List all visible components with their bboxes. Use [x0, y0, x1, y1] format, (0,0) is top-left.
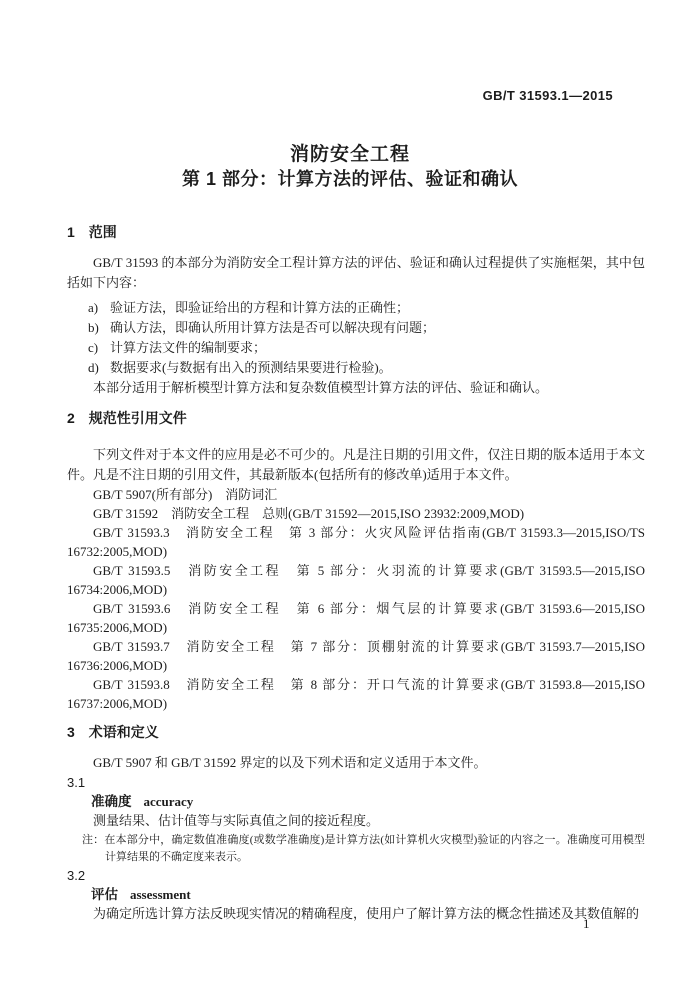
reference-entry: GB/T 31593.5 消防安全工程 第 5 部分：火羽流的计算要求(GB/T…: [67, 561, 645, 599]
list-item-text: 数据要求(与数据有出入的预测结果要进行检验)。: [110, 360, 392, 375]
reference-entry: GB/T 5907(所有部分) 消防词汇: [67, 485, 645, 504]
section-heading-references: 2 规范性引用文件: [67, 408, 645, 428]
reference-entry: GB/T 31592 消防安全工程 总则(GB/T 31592—2015,ISO…: [67, 504, 645, 523]
term-number: 3.1: [67, 773, 645, 792]
list-item: d) 数据要求(与数据有出入的预测结果要进行检验)。: [67, 358, 645, 378]
document-title: 消防安全工程 第 1 部分：计算方法的评估、验证和确认: [0, 142, 700, 192]
term-entry: 3.2 评估assessment 为确定所选计算方法反映现实情况的精确程度，使用…: [67, 866, 645, 923]
reference-entry: GB/T 31593.8 消防安全工程 第 8 部分：开口气流的计算要求(GB/…: [67, 675, 645, 713]
list-item: c) 计算方法文件的编制要求；: [67, 338, 645, 358]
title-line-1: 消防安全工程: [0, 142, 700, 167]
term-number: 3.2: [67, 866, 645, 885]
terms-intro-paragraph: GB/T 5907 和 GB/T 31592 界定的以及下列术语和定义适用于本文…: [67, 753, 645, 773]
page-number: 1: [583, 916, 590, 932]
list-item: b) 确认方法，即确认所用计算方法是否可以解决现有问题；: [67, 318, 645, 338]
reference-entry: GB/T 31593.7 消防安全工程 第 7 部分：顶棚射流的计算要求(GB/…: [67, 637, 645, 675]
list-item-text: 计算方法文件的编制要求；: [110, 340, 266, 355]
term-name-zh: 评估: [91, 887, 118, 902]
term-definition: 测量结果、估计值等与实际真值之间的接近程度。: [67, 811, 645, 830]
list-marker: a): [88, 298, 98, 318]
document-body: 1 范围 GB/T 31593 的本部分为消防安全工程计算方法的评估、验证和确认…: [67, 222, 645, 923]
list-item-text: 确认方法，即确认所用计算方法是否可以解决现有问题；: [110, 320, 435, 335]
section-heading-scope: 1 范围: [67, 222, 645, 242]
document-page: { "header": { "doc_code": "GB/T 31593.1—…: [0, 0, 700, 989]
scope-intro-paragraph: GB/T 31593 的本部分为消防安全工程计算方法的评估、验证和确认过程提供了…: [67, 253, 645, 293]
list-marker: d): [88, 358, 99, 378]
list-item-text: 验证方法，即验证给出的方程和计算方法的正确性；: [110, 300, 409, 315]
scope-closing-paragraph: 本部分适用于解析模型计算方法和复杂数值模型计算方法的评估、验证和确认。: [67, 378, 645, 398]
reference-entry: GB/T 31593.6 消防安全工程 第 6 部分：烟气层的计算要求(GB/T…: [67, 599, 645, 637]
title-line-2: 第 1 部分：计算方法的评估、验证和确认: [0, 167, 700, 192]
term-name-line: 准确度accuracy: [67, 792, 645, 811]
list-item: a) 验证方法，即验证给出的方程和计算方法的正确性；: [67, 298, 645, 318]
term-name-en: assessment: [130, 887, 191, 902]
term-name-en: accuracy: [144, 794, 194, 809]
term-entry: 3.1 准确度accuracy 测量结果、估计值等与实际真值之间的接近程度。 注…: [67, 773, 645, 866]
standard-code-header: GB/T 31593.1—2015: [0, 88, 613, 103]
list-marker: b): [88, 318, 99, 338]
section-heading-terms: 3 术语和定义: [67, 722, 645, 742]
list-marker: c): [88, 338, 98, 358]
term-name-zh: 准确度: [91, 794, 132, 809]
references-intro-paragraph: 下列文件对于本文件的应用是必不可少的。凡是注日期的引用文件，仅注日期的版本适用于…: [67, 445, 645, 485]
term-definition: 为确定所选计算方法反映现实情况的精确程度，使用户了解计算方法的概念性描述及其数值…: [67, 904, 645, 923]
reference-entry: GB/T 31593.3 消防安全工程 第 3 部分：火灾风险评估指南(GB/T…: [67, 523, 645, 561]
scope-list: a) 验证方法，即验证给出的方程和计算方法的正确性； b) 确认方法，即确认所用…: [67, 298, 645, 378]
term-name-line: 评估assessment: [67, 885, 645, 904]
term-note: 注：在本部分中，确定数值准确度(或数学准确度)是计算方法(如计算机火灾模型)验证…: [82, 832, 645, 866]
